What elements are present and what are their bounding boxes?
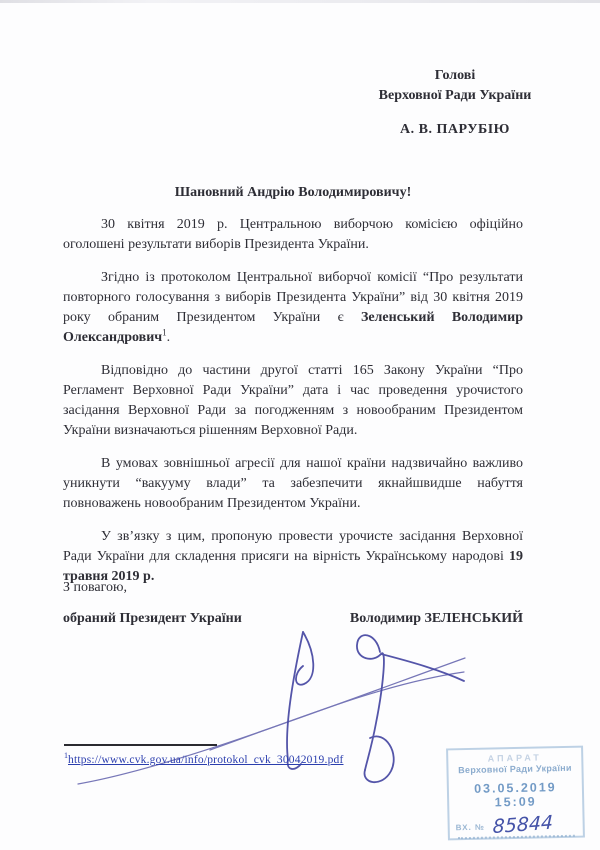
- paragraph-3: Відповідно до частини другої статті 165 …: [63, 361, 523, 441]
- paragraph-2: Згідно із протоколом Центральної виборчо…: [63, 268, 523, 348]
- signature-row: обраний Президент України Володимир ЗЕЛЕ…: [63, 611, 523, 627]
- scan-edge-artifact: [0, 0, 600, 3]
- recipient-line1: Голові: [330, 66, 580, 86]
- salutation: Шановний Андрію Володимировичу!: [63, 185, 523, 201]
- footnote: 1https://www.cvk.gov.ua/info/protokol_cv…: [64, 751, 344, 766]
- stamp-reg-label: ВХ. №: [456, 823, 485, 836]
- paragraph-2-period: .: [167, 330, 171, 345]
- stamp-org-line2: Верховної Ради України: [450, 763, 579, 776]
- footnote-url-link[interactable]: https://www.cvk.gov.ua/info/protokol_cvk…: [68, 754, 344, 766]
- recipient-name: А. В. ПАРУБІЮ: [330, 120, 580, 140]
- signer-title: обраний Президент України: [63, 611, 242, 627]
- scanned-letter-page: Голові Верховної Ради України А. В. ПАРУ…: [0, 0, 600, 850]
- paragraph-5: У зв’язку з цим, пропоную провести урочи…: [63, 527, 523, 587]
- recipient-block: Голові Верховної Ради України А. В. ПАРУ…: [330, 66, 580, 140]
- signer-name: Володимир ЗЕЛЕНСЬКИЙ: [350, 611, 523, 627]
- stamp-date-time: 03.05.2019 15:09: [451, 780, 581, 811]
- stamp-handwritten-number: 85844: [493, 814, 554, 837]
- registration-stamp: АПАРАТ Верховної Ради України 03.05.2019…: [446, 746, 585, 841]
- paragraph-5-text: У зв’язку з цим, пропоную провести урочи…: [63, 529, 523, 564]
- closing-salutation: З повагою,: [63, 580, 127, 596]
- paragraph-4: В умовах зовнішньої агресії для нашої кр…: [63, 454, 523, 514]
- recipient-line2: Верховної Ради України: [330, 86, 580, 106]
- footnote-separator-rule: [64, 744, 217, 746]
- handwritten-signature-ink: [60, 618, 480, 793]
- letter-body: 30 квітня 2019 р. Центральною виборчою к…: [63, 215, 523, 600]
- stamp-registration-row: ВХ. № 85844: [451, 815, 580, 836]
- paragraph-1: 30 квітня 2019 р. Центральною виборчою к…: [63, 215, 523, 255]
